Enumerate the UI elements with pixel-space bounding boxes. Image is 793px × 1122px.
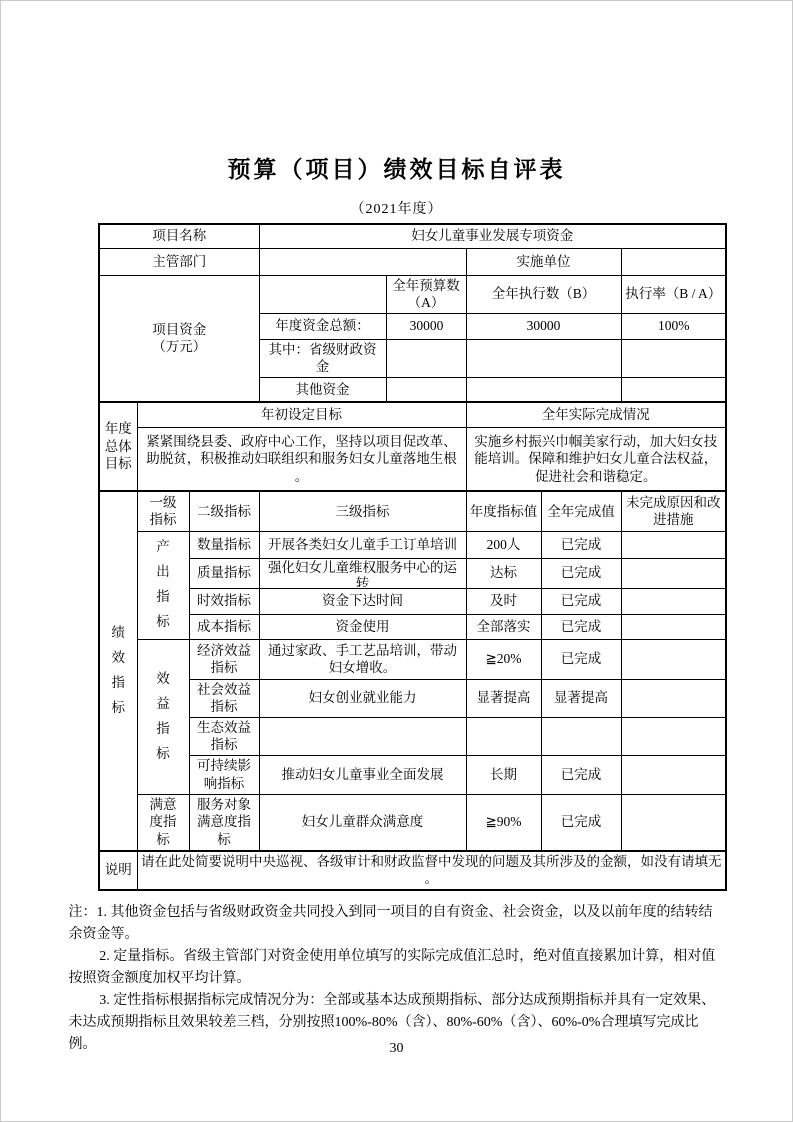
row-dept: 主管部门 实施单位	[99, 248, 726, 275]
indicator-row-social: 社会效益指标 妇女创业就业能力 显著提高 显著提高	[99, 679, 726, 717]
cell-reason-blank	[621, 679, 726, 717]
cell-l3-blank	[259, 717, 466, 755]
cell-l2: 服务对象满意度指标	[189, 794, 259, 850]
cell-goal-actual-text: 实施乡村振兴巾帼美家行动，加大妇女技能培训。保障和维护妇女儿童合法权益，促进社会…	[466, 427, 726, 491]
cell-l2: 质量指标	[189, 558, 259, 588]
cell-funds-other-budget	[386, 377, 466, 402]
cell-project-name-label: 项目名称	[99, 224, 259, 248]
cell-annual-value: 显著提高	[466, 679, 541, 717]
cell-funds-other-exec	[466, 377, 621, 402]
cell-reason-blank	[621, 531, 726, 558]
cell-funds-other-label: 其他资金	[259, 377, 386, 402]
cell-l2: 生态效益指标	[189, 717, 259, 755]
cell-l2: 社会效益指标	[189, 679, 259, 717]
row-annual-goal-text: 紧紧围绕县委、政府中心工作，坚持以项目促改革、助脱贫，积极推动妇联组织和服务妇女…	[99, 427, 726, 491]
cell-annual-value: 全部落实	[466, 614, 541, 639]
indicator-row-satisfaction: 满意度指标 服务对象满意度指标 妇女儿童群众满意度 ≧90% 已完成	[99, 794, 726, 850]
cell-reason-blank	[621, 755, 726, 794]
cell-header-l3: 三级指标	[259, 491, 466, 531]
cell-completed-value: 已完成	[541, 558, 621, 588]
cell-funds-provincial-exec	[466, 339, 621, 377]
cell-funds-provincial-budget	[386, 339, 466, 377]
page-title: 预算（项目）绩效目标自评表	[1, 151, 792, 184]
cell-funds-provincial-rate	[621, 339, 726, 377]
cell-funds-label: 项目资金 （万元）	[99, 275, 259, 402]
cell-funds-provincial-label: 其中：省级财政资金	[259, 339, 386, 377]
indicator-row-quantity: 产出指标 数量指标 开展各类妇女儿童手工订单培训 200人 已完成	[99, 531, 726, 558]
row-project-name: 项目名称 妇女儿童事业发展专项资金	[99, 224, 726, 248]
cell-goal-set-header: 年初设定目标	[137, 402, 466, 427]
cell-l3: 妇女儿童群众满意度	[259, 794, 466, 850]
indicator-row-timeliness: 时效指标 资金下达时间 及时 已完成	[99, 588, 726, 614]
cell-goal-set-text: 紧紧围绕县委、政府中心工作，坚持以项目促改革、助脱贫，积极推动妇联组织和服务妇女…	[137, 427, 466, 491]
cell-annual-value: ≧20%	[466, 639, 541, 679]
cell-header-completed-value: 全年完成值	[541, 491, 621, 531]
page-number: 30	[1, 1041, 792, 1057]
cell-header-reason: 未完成原因和改进措施	[621, 491, 726, 531]
cell-completed-value: 已完成	[541, 614, 621, 639]
cell-group-output: 产出指标	[137, 531, 189, 639]
funds-label-line2: （万元）	[103, 338, 256, 356]
cell-funds-other-rate	[621, 377, 726, 402]
cell-funds-total-budget: 30000	[386, 313, 466, 339]
cell-l3: 强化妇女儿童维权服务中心的运转	[259, 558, 466, 588]
cell-funds-total-exec: 30000	[466, 313, 621, 339]
cell-l2: 可持续影响指标	[189, 755, 259, 794]
cell-reason-blank	[621, 639, 726, 679]
cell-reason-blank	[621, 717, 726, 755]
cell-reason-blank	[621, 794, 726, 850]
cell-annual-value: ≧90%	[466, 794, 541, 850]
page-subtitle: （2021年度）	[1, 198, 792, 218]
cell-annual-value: 及时	[466, 588, 541, 614]
cell-colhead-rate: 执行率（B / A）	[621, 275, 726, 313]
cell-impl-unit-label: 实施单位	[466, 248, 621, 275]
cell-reason-blank	[621, 614, 726, 639]
cell-funds-total-label: 年度资金总额：	[259, 313, 386, 339]
footnote-1: 注：1. 其他资金包括与省级财政资金共同投入到同一项目的自有资金、社会资金，以及…	[69, 902, 725, 946]
cell-header-l2: 二级指标	[189, 491, 259, 531]
cell-goal-actual-header: 全年实际完成情况	[466, 402, 726, 427]
indicator-row-ecological: 生态效益指标	[99, 717, 726, 755]
cell-impl-unit-value	[621, 248, 726, 275]
cell-remark-label: 说明	[99, 851, 137, 890]
cell-dept-label: 主管部门	[99, 248, 259, 275]
footnote-2: 2. 定量指标。省级主管部门对资金使用单位填写的实际完成值汇总时，绝对值直接累加…	[69, 946, 725, 990]
cell-completed-value: 显著提高	[541, 679, 621, 717]
cell-annual-goal-label: 年度总体目标	[99, 402, 137, 491]
perf-label-text: 绩效指标	[110, 621, 126, 721]
cell-l2: 时效指标	[189, 588, 259, 614]
cell-l2: 数量指标	[189, 531, 259, 558]
footnotes: 注：1. 其他资金包括与省级财政资金共同投入到同一项目的自有资金、社会资金，以及…	[69, 902, 725, 1056]
funds-label-line1: 项目资金	[103, 321, 256, 339]
cell-l3: 资金使用	[259, 614, 466, 639]
cell-annual-value: 长期	[466, 755, 541, 794]
cell-l3: 通过家政、手工艺品培训，带动妇女增收。	[259, 639, 466, 679]
indicator-row-quality: 质量指标 强化妇女儿童维权服务中心的运转 达标 已完成	[99, 558, 726, 588]
indicator-row-sustainable: 可持续影响指标 推动妇女儿童事业全面发展 长期 已完成	[99, 755, 726, 794]
cell-group-satisfaction: 满意度指标	[137, 794, 189, 850]
indicator-row-cost: 成本指标 资金使用 全部落实 已完成	[99, 614, 726, 639]
cell-annual-value-blank	[466, 717, 541, 755]
cell-completed-value: 已完成	[541, 794, 621, 850]
cell-perf-label: 绩效指标	[99, 491, 137, 850]
cell-completed-value: 已完成	[541, 755, 621, 794]
cell-remark-text: 请在此处简要说明中央巡视、各级审计和财政监督中发现的问题及其所涉及的金额，如没有…	[137, 851, 726, 890]
cell-colhead-exec: 全年执行数（B）	[466, 275, 621, 313]
cell-reason-blank	[621, 558, 726, 588]
self-evaluation-table: 项目名称 妇女儿童事业发展专项资金 主管部门 实施单位 项目资金 （万元） 全年…	[98, 223, 727, 891]
document-page: 预算（项目）绩效目标自评表 （2021年度） 项目名称 妇女儿童事业发展专项资金…	[0, 0, 793, 1122]
cell-completed-value: 已完成	[541, 588, 621, 614]
cell-dept-value	[259, 248, 466, 275]
cell-l3: 推动妇女儿童事业全面发展	[259, 755, 466, 794]
row-funds-header: 项目资金 （万元） 全年预算数（A） 全年执行数（B） 执行率（B / A）	[99, 275, 726, 313]
cell-l2: 经济效益指标	[189, 639, 259, 679]
cell-l2: 成本指标	[189, 614, 259, 639]
cell-colhead-budget: 全年预算数（A）	[386, 275, 466, 313]
indicator-row-economic: 效益指标 经济效益指标 通过家政、手工艺品培训，带动妇女增收。 ≧20% 已完成	[99, 639, 726, 679]
row-annual-goal-header: 年度总体目标 年初设定目标 全年实际完成情况	[99, 402, 726, 427]
cell-l3: 妇女创业就业能力	[259, 679, 466, 717]
row-indicator-header: 绩效指标 一级指标 二级指标 三级指标 年度指标值 全年完成值 未完成原因和改进…	[99, 491, 726, 531]
cell-group-benefit: 效益指标	[137, 639, 189, 794]
cell-l3: 资金下达时间	[259, 588, 466, 614]
cell-project-name-value: 妇女儿童事业发展专项资金	[259, 224, 726, 248]
cell-funds-total-rate: 100%	[621, 313, 726, 339]
cell-header-l1: 一级指标	[137, 491, 189, 531]
row-remark: 说明 请在此处简要说明中央巡视、各级审计和财政监督中发现的问题及其所涉及的金额，…	[99, 851, 726, 890]
cell-completed-value: 已完成	[541, 639, 621, 679]
cell-completed-value-blank	[541, 717, 621, 755]
cell-funds-colhead-blank	[259, 275, 386, 313]
cell-l3: 开展各类妇女儿童手工订单培训	[259, 531, 466, 558]
cell-header-annual-value: 年度指标值	[466, 491, 541, 531]
cell-annual-value: 达标	[466, 558, 541, 588]
cell-reason-blank	[621, 588, 726, 614]
cell-completed-value: 已完成	[541, 531, 621, 558]
cell-annual-value: 200人	[466, 531, 541, 558]
